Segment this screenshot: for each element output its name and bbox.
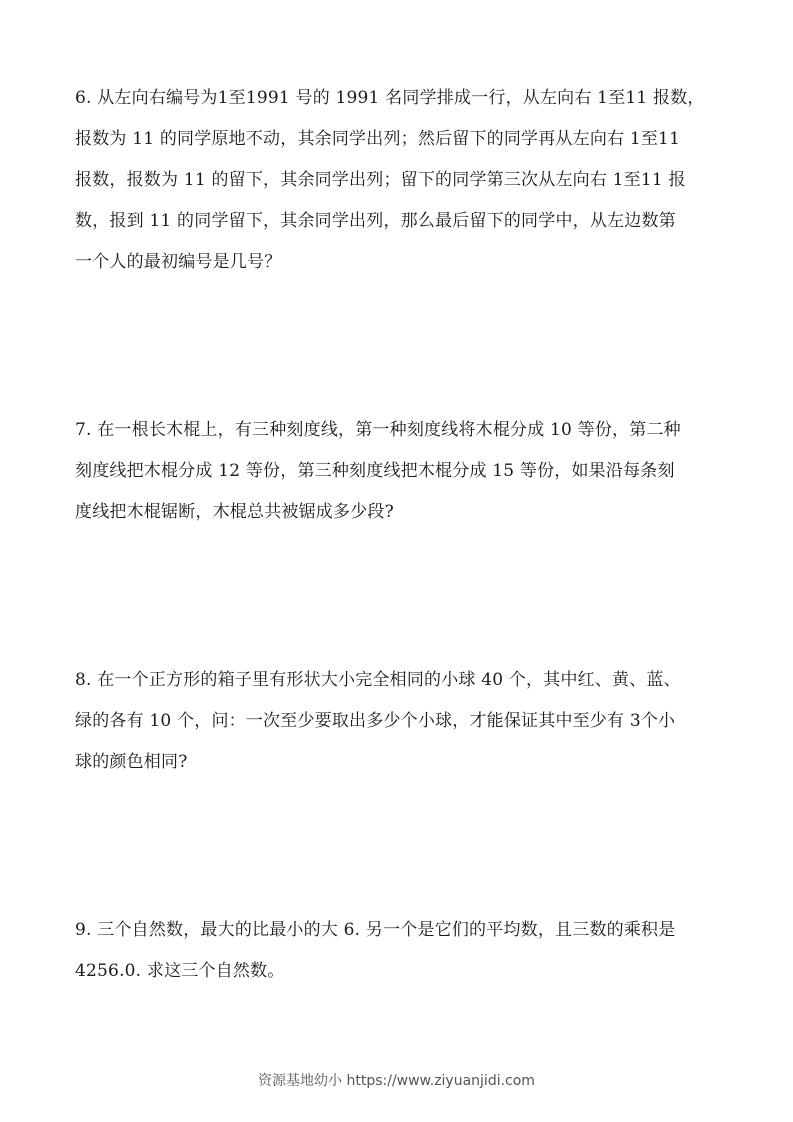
question-line: 球的颜色相同? [75,742,725,783]
footer-watermark: 资源基地幼小 https://www.ziyuanjidi.com [0,1070,793,1090]
question-7: 7. 在一根长木棍上，有三种刻度线，第一种刻度线将木棍分成 10 等份，第二种 … [75,410,725,533]
question-line: 度线把木棍锯断，木棍总共被锯成多少段? [75,492,725,533]
question-line: 9. 三个自然数，最大的比最小的大 6. 另一个是它们的平均数，且三数的乘积是 [75,910,725,951]
question-line: 刻度线把木棍分成 12 等份，第三种刻度线把木棍分成 15 等份，如果沿每条刻 [75,451,725,492]
question-line: 4256.0. 求这三个自然数。 [75,951,725,992]
question-6: 6. 从左向右编号为1至1991 号的 1991 名同学排成一行，从左向右 1至… [75,78,725,283]
question-line: 数，报到 11 的同学留下，其余同学出列，那么最后留下的同学中，从左边数第 [75,201,725,242]
question-line: 报数为 11 的同学原地不动，其余同学出列；然后留下的同学再从左向右 1至11 [75,119,725,160]
question-line: 6. 从左向右编号为1至1991 号的 1991 名同学排成一行，从左向右 1至… [75,78,725,119]
question-line: 报数，报数为 11 的留下，其余同学出列；留下的同学第三次从左向右 1至11 报 [75,160,725,201]
document-page: 6. 从左向右编号为1至1991 号的 1991 名同学排成一行，从左向右 1至… [0,0,793,1122]
question-line: 一个人的最初编号是几号？ [75,242,725,283]
question-8: 8. 在一个正方形的箱子里有形状大小完全相同的小球 40 个，其中红、黄、蓝、 … [75,660,725,783]
question-line: 8. 在一个正方形的箱子里有形状大小完全相同的小球 40 个，其中红、黄、蓝、 [75,660,725,701]
question-line: 7. 在一根长木棍上，有三种刻度线，第一种刻度线将木棍分成 10 等份，第二种 [75,410,725,451]
question-9: 9. 三个自然数，最大的比最小的大 6. 另一个是它们的平均数，且三数的乘积是 … [75,910,725,992]
question-line: 绿的各有 10 个，问：一次至少要取出多少个小球，才能保证其中至少有 3个小 [75,701,725,742]
